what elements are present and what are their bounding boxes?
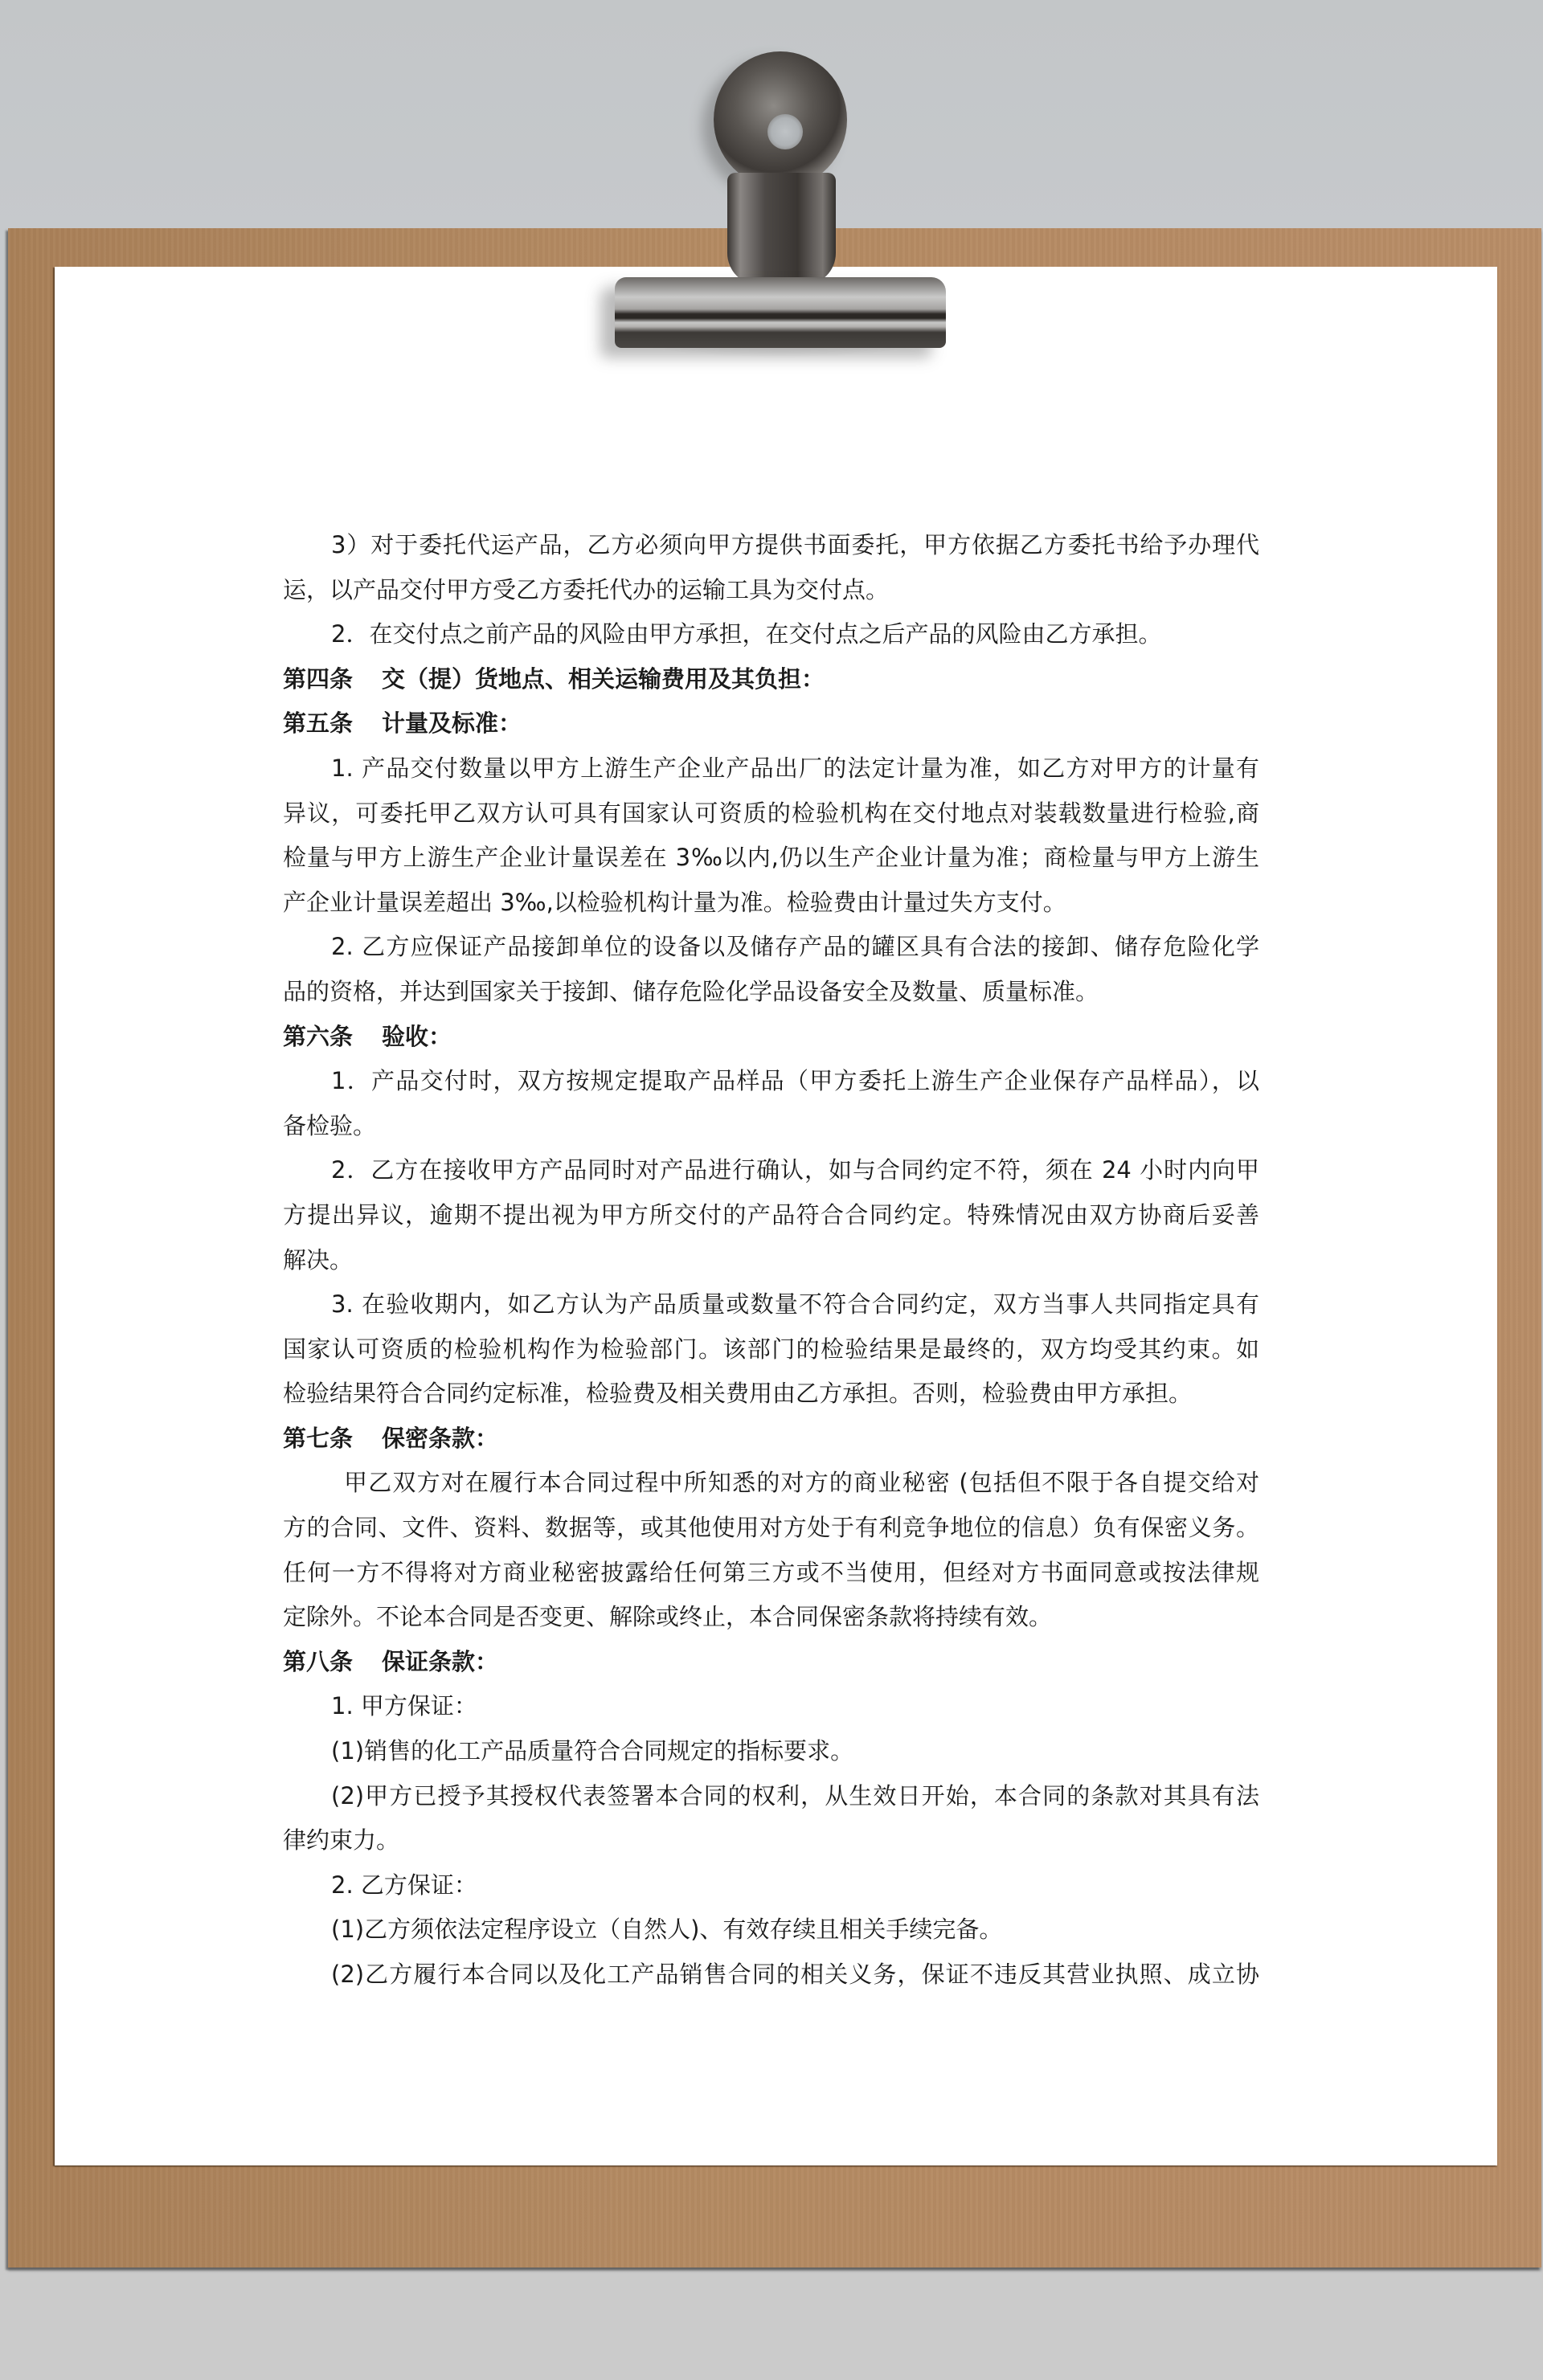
section-title: 验收： bbox=[382, 1023, 452, 1050]
section-title: 交（提）货地点、相关运输费用及其负担： bbox=[382, 665, 825, 693]
section-number: 第七条 bbox=[283, 1425, 353, 1452]
text-line: 备检验。 bbox=[283, 1104, 1259, 1149]
section-number: 第六条 bbox=[283, 1023, 353, 1050]
text-line: 产企业计量误差超出 3‰,以检验机构计量为准。检验费由计量过失方支付。 bbox=[283, 881, 1259, 926]
section-heading: 第五条计量及标准： bbox=[283, 701, 1259, 746]
text-line: 检验结果符合合同约定标准，检验费及相关费用由乙方承担。否则，检验费由甲方承担。 bbox=[283, 1372, 1259, 1417]
section-heading: 第八条保证条款： bbox=[283, 1640, 1259, 1685]
text-line: 2．在交付点之前产品的风险由甲方承担，在交付点之后产品的风险由乙方承担。 bbox=[283, 612, 1259, 657]
section-number: 第四条 bbox=[283, 665, 353, 693]
clip-ring-hole bbox=[767, 114, 803, 149]
paper-sheet: 3）对于委托代运产品，乙方必须向甲方提供书面委托，甲方依据乙方委托书给予办理代运… bbox=[55, 267, 1497, 2165]
text-line: (2)甲方已授予其授权代表签署本合同的权利，从生效日开始，本合同的条款对其具有法 bbox=[283, 1774, 1259, 1819]
section-number: 第五条 bbox=[283, 710, 353, 737]
text-line: 品的资格，并达到国家关于接卸、储存危险化学品设备安全及数量、质量标准。 bbox=[283, 970, 1259, 1015]
text-line: 律约束力。 bbox=[283, 1818, 1259, 1863]
text-line: 2. 乙方保证： bbox=[283, 1863, 1259, 1908]
text-line: 3. 在验收期内，如乙方认为产品质量或数量不符合合同约定，双方当事人共同指定具有 bbox=[283, 1282, 1259, 1327]
text-line: 方提出异议，逾期不提出视为甲方所交付的产品符合合同约定。特殊情况由双方协商后妥善 bbox=[283, 1193, 1259, 1238]
section-heading: 第六条验收： bbox=[283, 1015, 1259, 1060]
section-number: 第八条 bbox=[283, 1648, 353, 1675]
text-line: (2)乙方履行本合同以及化工产品销售合同的相关义务，保证不违反其营业执照、成立协 bbox=[283, 1953, 1259, 1998]
text-line: 国家认可资质的检验机构作为检验部门。该部门的检验结果是最终的，双方均受其约束。如 bbox=[283, 1327, 1259, 1372]
section-heading: 第七条保密条款： bbox=[283, 1417, 1259, 1462]
text-line: 解决。 bbox=[283, 1238, 1259, 1283]
clip-ring-icon bbox=[714, 51, 847, 188]
text-line: 2. 乙方应保证产品接卸单位的设备以及储存产品的罐区具有合法的接卸、储存危险化学 bbox=[283, 925, 1259, 970]
text-line: 运，以产品交付甲方受乙方委托代办的运输工具为交付点。 bbox=[283, 568, 1259, 613]
text-line: 1. 产品交付数量以甲方上游生产企业产品出厂的法定计量为准，如乙方对甲方的计量有 bbox=[283, 746, 1259, 791]
text-line: 甲乙双方对在履行本合同过程中所知悉的对方的商业秘密 (包括但不限于各自提交给对 bbox=[283, 1461, 1259, 1506]
text-line: 异议，可委托甲乙双方认可具有国家认可资质的检验机构在交付地点对装载数量进行检验,… bbox=[283, 791, 1259, 836]
text-line: 1. 甲方保证： bbox=[283, 1684, 1259, 1729]
text-line: 3）对于委托代运产品，乙方必须向甲方提供书面委托，甲方依据乙方委托书给予办理代 bbox=[283, 523, 1259, 568]
text-line: 1．产品交付时，双方按规定提取产品样品（甲方委托上游生产企业保存产品样品），以 bbox=[283, 1059, 1259, 1104]
text-line: 方的合同、文件、资料、数据等，或其他使用对方处于有利竞争地位的信息）负有保密义务… bbox=[283, 1506, 1259, 1551]
text-line: 任何一方不得将对方商业秘密披露给任何第三方或不当使用，但经对方书面同意或按法律规 bbox=[283, 1551, 1259, 1596]
text-line: (1)销售的化工产品质量符合合同规定的指标要求。 bbox=[283, 1729, 1259, 1774]
section-title: 保密条款： bbox=[382, 1425, 498, 1452]
text-line: 定除外。不论本合同是否变更、解除或终止，本合同保密条款将持续有效。 bbox=[283, 1595, 1259, 1640]
text-line: 2．乙方在接收甲方产品同时对产品进行确认，如与合同约定不符，须在 24 小时内向… bbox=[283, 1148, 1259, 1193]
text-line: 检量与甲方上游生产企业计量误差在 3‰以内,仍以生产企业计量为准；商检量与甲方上… bbox=[283, 836, 1259, 881]
section-heading: 第四条交（提）货地点、相关运输费用及其负担： bbox=[283, 657, 1259, 702]
section-title: 计量及标准： bbox=[382, 710, 522, 737]
contract-text-body: 3）对于委托代运产品，乙方必须向甲方提供书面委托，甲方依据乙方委托书给予办理代运… bbox=[283, 523, 1259, 1998]
text-line: (1)乙方须依法定程序设立（自然人)、有效存续且相关手续完备。 bbox=[283, 1908, 1259, 1953]
section-title: 保证条款： bbox=[382, 1648, 498, 1675]
